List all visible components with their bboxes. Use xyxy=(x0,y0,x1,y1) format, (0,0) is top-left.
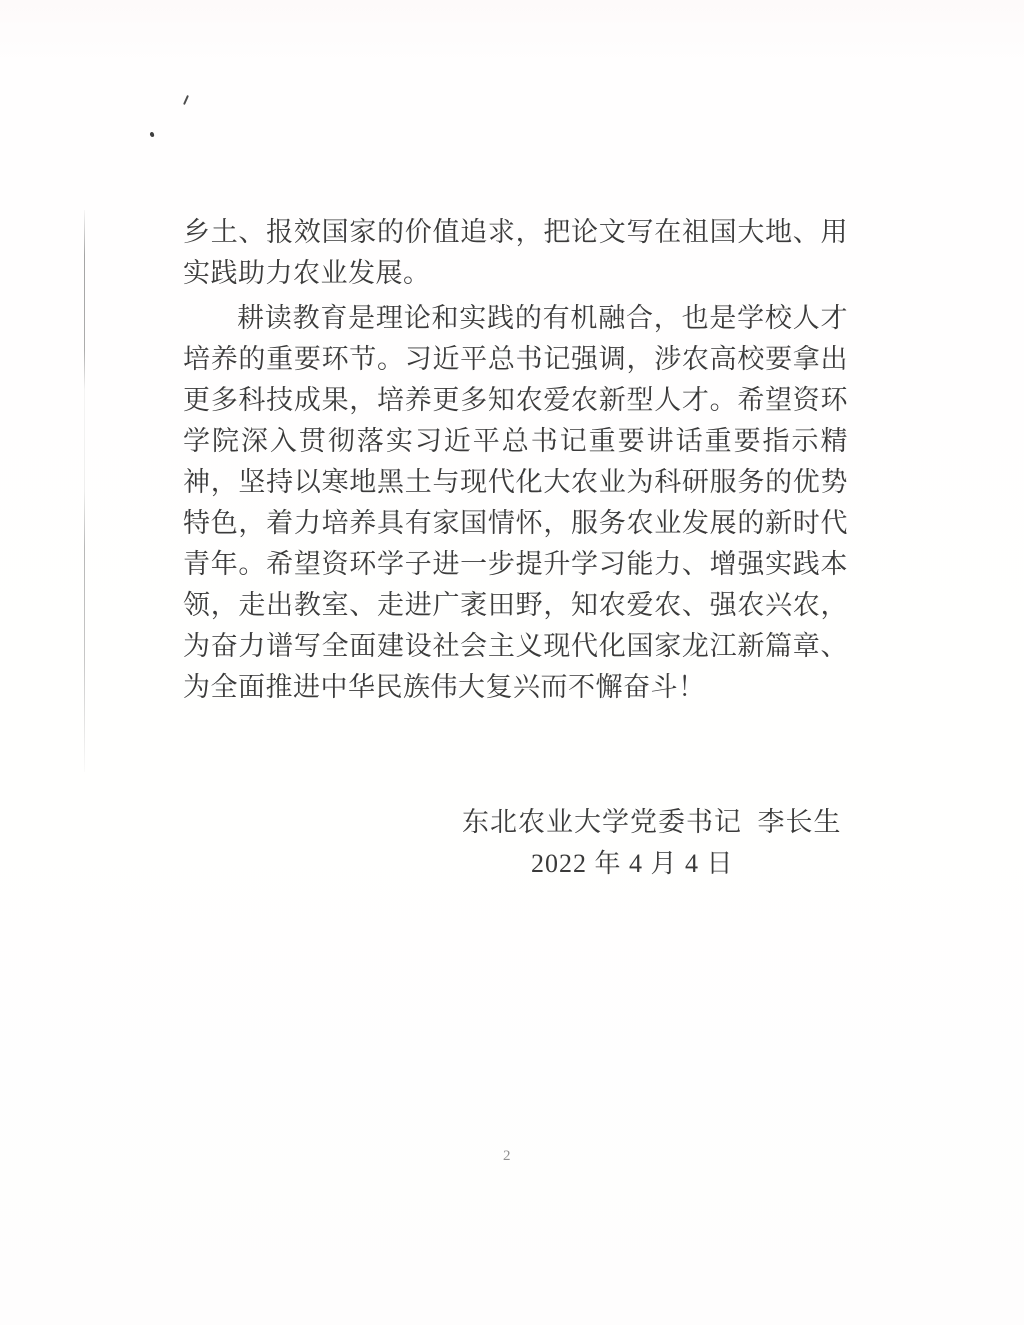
paragraph-main: 耕读教育是理论和实践的有机融合，也是学校人才培养的重要环节。习近平总书记强调，涉… xyxy=(183,298,848,708)
document-page: 乡土、报效国家的价值追求，把论文写在祖国大地、用实践助力农业发展。 耕读教育是理… xyxy=(0,0,1024,1325)
body-text-block: 乡土、报效国家的价值追求，把论文写在祖国大地、用实践助力农业发展。 耕读教育是理… xyxy=(183,212,848,708)
date-line: 2022 年 4 月 4 日 xyxy=(531,843,734,880)
ink-speck-dot xyxy=(149,132,154,138)
page-number: 2 xyxy=(503,1148,511,1165)
ink-speck-tick xyxy=(183,95,189,105)
signature-line: 东北农业大学党委书记 李长生 xyxy=(462,800,842,839)
paragraph-continuation: 乡土、报效国家的价值追求，把论文写在祖国大地、用实践助力农业发展。 xyxy=(183,212,848,294)
scan-line-artifact xyxy=(84,210,85,772)
